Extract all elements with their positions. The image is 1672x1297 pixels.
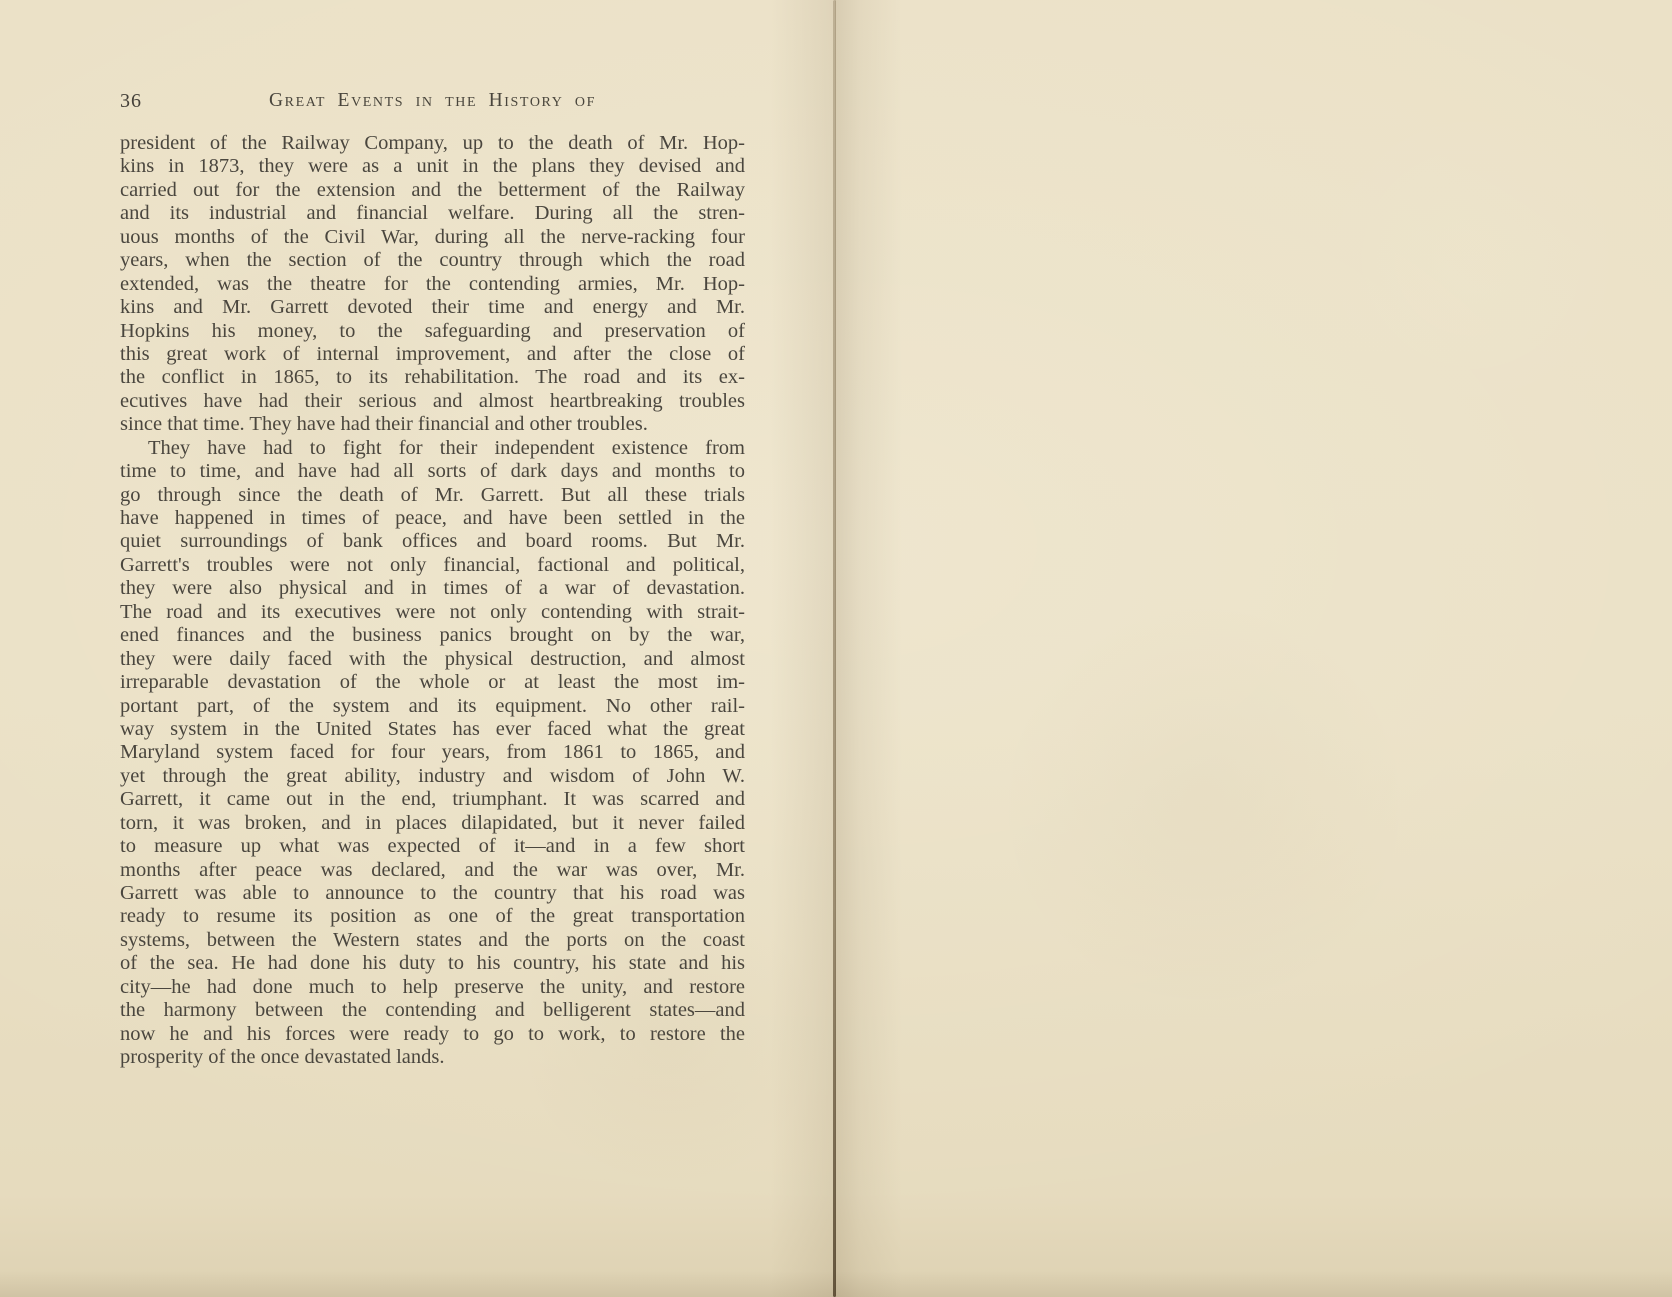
body-line: since that time. They have had their fin… — [120, 413, 745, 436]
body-line: Garrett's troubles were not only financi… — [120, 554, 745, 577]
left-running-header: 36 Great Events in the History of — [120, 90, 745, 116]
body-line: The road and its executives were not onl… — [120, 601, 745, 624]
body-line: prosperity of the once devastated lands. — [120, 1046, 745, 1069]
body-line: ecutives have had their serious and almo… — [120, 390, 745, 413]
body-line: ened finances and the business panics br… — [120, 624, 745, 647]
body-line: yet through the great ability, industry … — [120, 765, 745, 788]
body-line: ready to resume its position as one of t… — [120, 905, 745, 928]
body-line: months after peace was declared, and the… — [120, 859, 745, 882]
left-page: 36 Great Events in the History of presid… — [0, 0, 835, 1297]
book-spread: 36 Great Events in the History of presid… — [0, 0, 1672, 1297]
body-line: years, when the section of the country t… — [120, 249, 745, 272]
gutter-binding-line — [833, 0, 836, 1297]
body-line: carried out for the extension and the be… — [120, 179, 745, 202]
body-line: kins in 1873, they were as a unit in the… — [120, 155, 745, 178]
body-line: to measure up what was expected of it—an… — [120, 835, 745, 858]
body-line: irreparable devastation of the whole or … — [120, 671, 745, 694]
body-line: they were daily faced with the physical … — [120, 648, 745, 671]
body-line: and its industrial and financial welfare… — [120, 202, 745, 225]
body-line: Garrett was able to announce to the coun… — [120, 882, 745, 905]
body-line: quiet surroundings of bank offices and b… — [120, 530, 745, 553]
bottom-page-edge-shadow — [0, 1271, 1672, 1297]
body-line: now he and his forces were ready to go t… — [120, 1023, 745, 1046]
body-line: go through since the death of Mr. Garret… — [120, 484, 745, 507]
body-line: Hopkins his money, to the safeguarding a… — [120, 320, 745, 343]
body-line: they were also physical and in times of … — [120, 577, 745, 600]
body-line: the harmony between the contending and b… — [120, 999, 745, 1022]
body-line: president of the Railway Company, up to … — [120, 132, 745, 155]
right-page: the Baltimore & Ohio Railroad 37 And he … — [835, 0, 1672, 1297]
body-line: time to time, and have had all sorts of … — [120, 460, 745, 483]
body-line: They have had to fight for their indepen… — [120, 437, 745, 460]
body-line: Maryland system faced for four years, fr… — [120, 741, 745, 764]
left-page-text: president of the Railway Company, up to … — [120, 132, 745, 1070]
body-line: this great work of internal improvement,… — [120, 343, 745, 366]
gutter-shadow-left — [770, 0, 833, 1297]
body-line: way system in the United States has ever… — [120, 718, 745, 741]
body-line: systems, between the Western states and … — [120, 929, 745, 952]
body-line: torn, it was broken, and in places dilap… — [120, 812, 745, 835]
body-line: have happened in times of peace, and hav… — [120, 507, 745, 530]
body-line: extended, was the theatre for the conten… — [120, 273, 745, 296]
body-line: city—he had done much to help preserve t… — [120, 976, 745, 999]
left-header-title: Great Events in the History of — [120, 90, 745, 112]
body-line: portant part, of the system and its equi… — [120, 695, 745, 718]
left-page-number: 36 — [120, 90, 142, 113]
body-line: kins and Mr. Garrett devoted their time … — [120, 296, 745, 319]
body-line: uous months of the Civil War, during all… — [120, 226, 745, 249]
body-line: the conflict in 1865, to its rehabilitat… — [120, 366, 745, 389]
body-line: of the sea. He had done his duty to his … — [120, 952, 745, 975]
body-line: Garrett, it came out in the end, triumph… — [120, 788, 745, 811]
